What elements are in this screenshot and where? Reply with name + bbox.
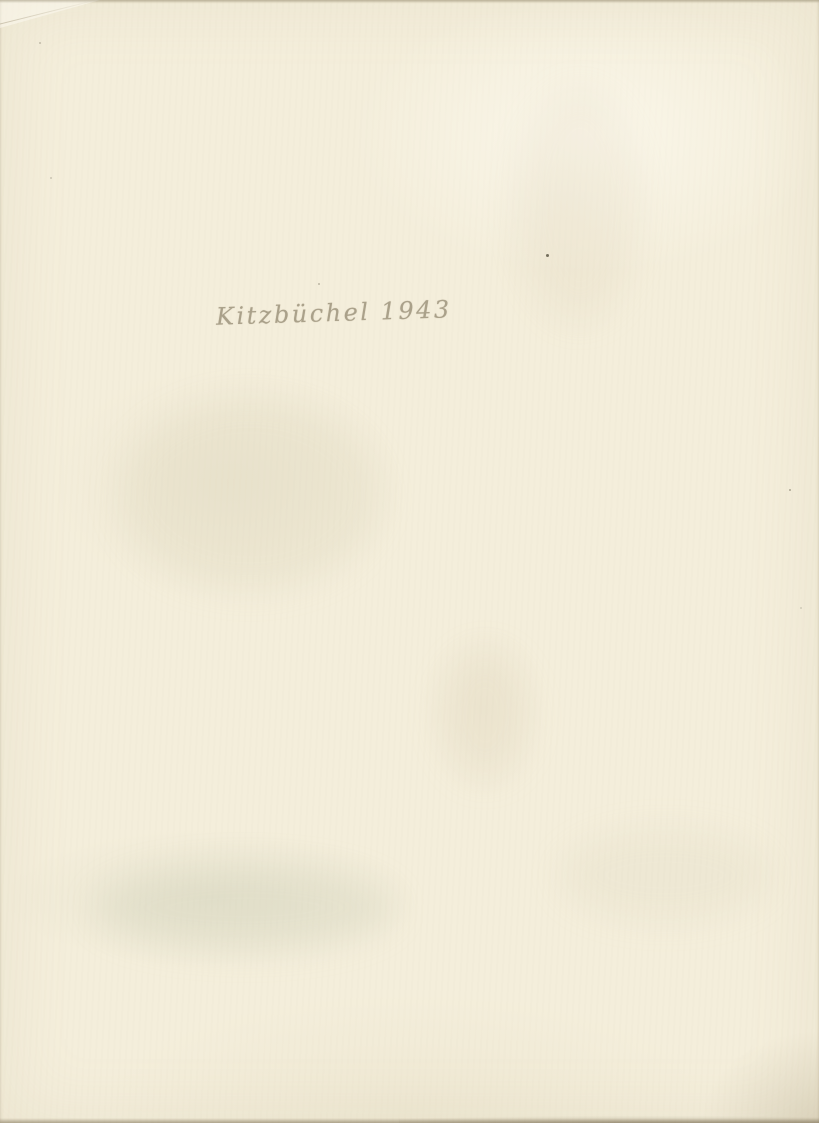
paper-speck	[800, 607, 802, 609]
paper-speck	[546, 254, 549, 257]
corner-light-patch	[0, 0, 100, 28]
paper-stain	[95, 865, 395, 950]
paper-stain	[120, 400, 380, 590]
paper-bottom-edge-shadow	[399, 1113, 819, 1123]
handwritten-inscription: Kitzbüchel 1943	[216, 295, 452, 330]
paper-stain	[440, 650, 530, 780]
paper-speck	[318, 283, 320, 285]
paper-stain	[560, 830, 770, 920]
paper-speck	[39, 42, 41, 44]
paper-top-edge-shadow	[0, 0, 819, 3]
paper-speck	[789, 489, 791, 491]
paper-sheet: Kitzbüchel 1943	[0, 0, 819, 1123]
corner-shadow	[679, 1013, 819, 1123]
paper-speck	[50, 177, 52, 179]
paper-stain	[520, 90, 640, 320]
